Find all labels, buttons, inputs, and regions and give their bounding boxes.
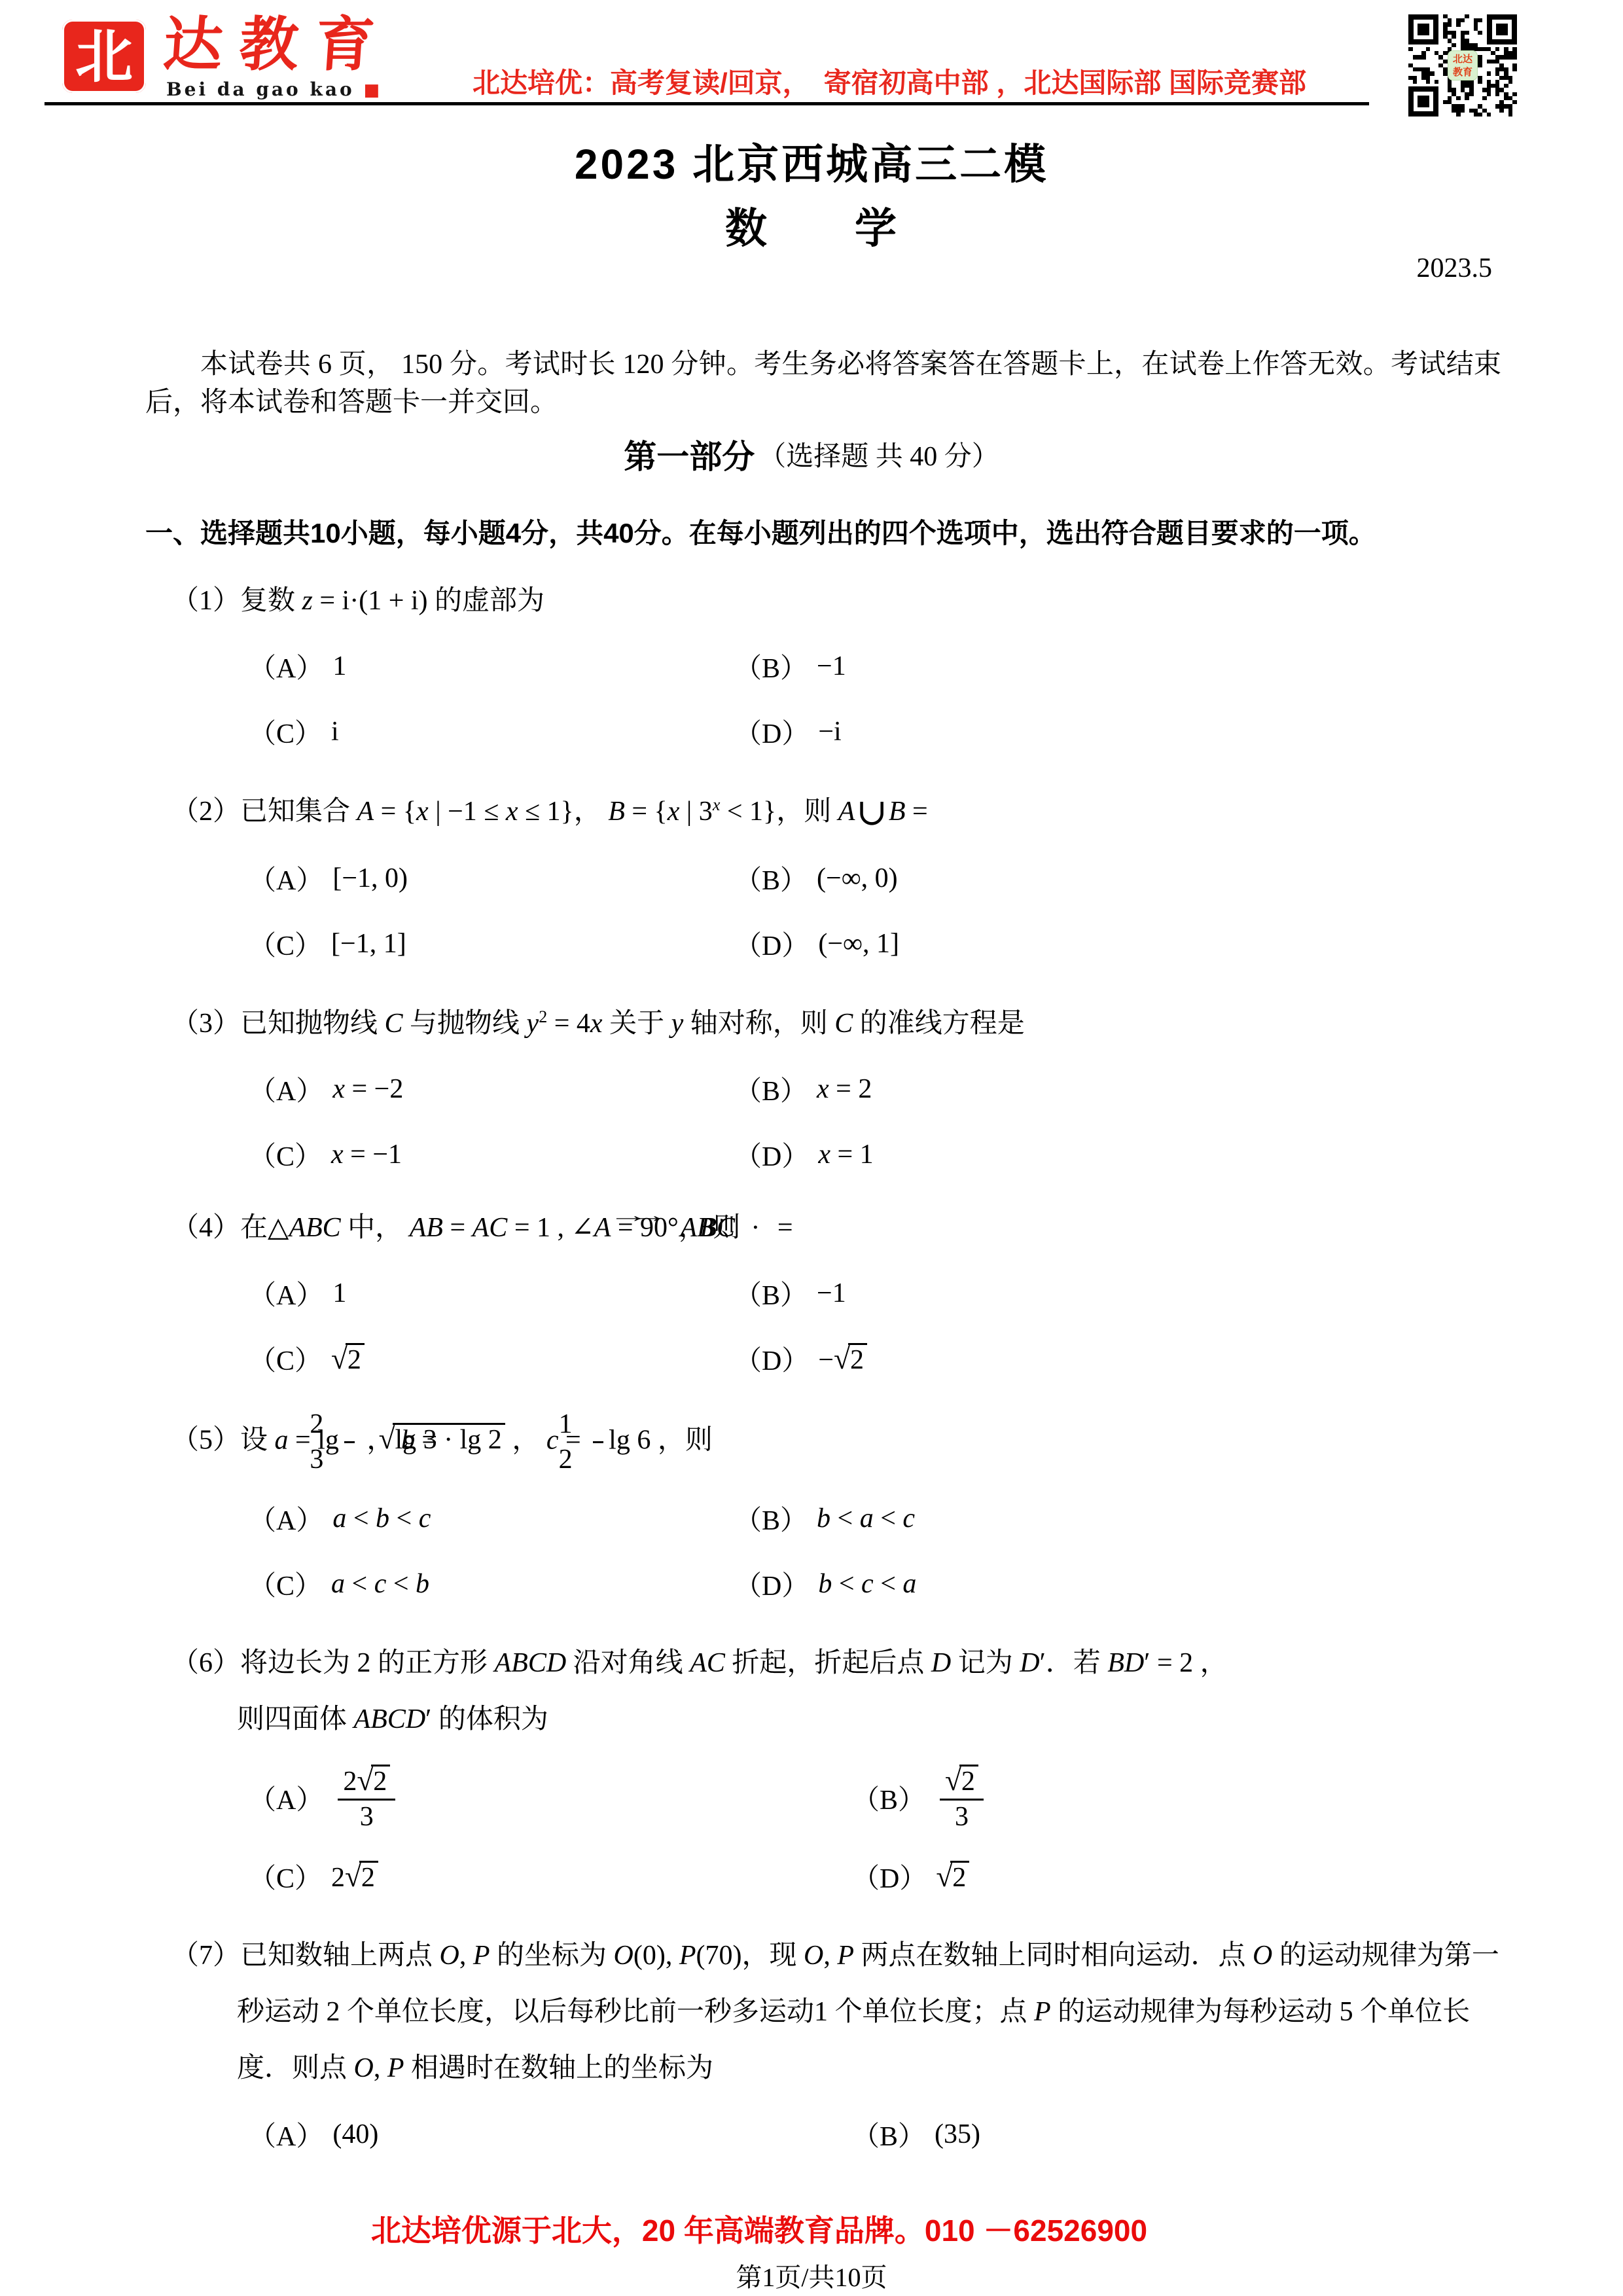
logo-pinyin: Bei da gao kao [166, 79, 355, 100]
option: （B）−1 [734, 1272, 1513, 1314]
option-label: （D） [852, 1857, 927, 1896]
exam-title: 2023 北京西城高三二模 [0, 131, 1623, 191]
questions: （1）复数 z = i·(1 + i) 的虚部为（A）1（B）−1（C）i（D）… [171, 579, 1513, 2185]
option-value: 1 [332, 651, 346, 682]
part-one-subtitle: （选择题 共 40 分） [758, 442, 999, 472]
option: （B）x = 2 [734, 1068, 1513, 1110]
option: （D）2 [852, 1856, 1513, 1897]
option-label: （C） [249, 1339, 322, 1378]
option: （C）a < c < b [249, 1563, 734, 1605]
option: （C）[−1, 1] [249, 923, 734, 965]
question-7: （7）已知数轴上两点 O, P 的坐标为 O(0), P(70)，现 O, P … [171, 1928, 1513, 2155]
option: （A）x = −2 [249, 1068, 734, 1110]
option-value: x = −1 [331, 1139, 402, 1170]
option-value: x = 1 [818, 1139, 873, 1170]
option: （D）x = 1 [734, 1134, 1513, 1175]
option-label: （B） [852, 2115, 925, 2154]
option-value: 23 [935, 1765, 989, 1833]
option-label: （D） [734, 712, 809, 751]
option: （A）a < b < c [249, 1498, 734, 1539]
option: （B）(35) [852, 2113, 1513, 2155]
header-divider [45, 102, 1369, 105]
option: （A）(40) [249, 2113, 852, 2155]
qr-finder-icon [1487, 14, 1517, 45]
option-label: （D） [734, 924, 809, 963]
option: （C）x = −1 [249, 1134, 734, 1175]
option-value: x = −2 [332, 1073, 403, 1105]
question-options: （A）1（B）−1（C）i（D）−i [171, 645, 1513, 753]
question-options: （A）x = −2（B）x = 2（C）x = −1（D）x = 1 [171, 1068, 1513, 1175]
logo-script-text: 达教育 [162, 12, 394, 77]
question-4: （4）在△ABC 中， AB = AC = 1 , ∠A = 90°， 则AB·… [171, 1206, 1513, 1380]
option: （C）i [249, 711, 734, 753]
option-label: （D） [734, 1339, 809, 1378]
exam-instructions: 本试卷共 6 页， 150 分。考试时长 120 分钟。考生务必将答案答在答题卡… [145, 346, 1501, 422]
option: （B）23 [852, 1765, 1513, 1833]
option-value: −i [818, 716, 841, 747]
qr-finder-icon [1408, 14, 1438, 45]
question-2: （2）已知集合 A = {x | −1 ≤ x ≤ 1}， B = {x | 3… [171, 783, 1513, 965]
question-stem: （4）在△ABC 中， AB = AC = 1 , ∠A = 90°， 则AB·… [171, 1206, 1513, 1250]
option-label: （A） [249, 647, 323, 686]
multiple-choice-instruction: 一、选择题共10小题，每小题4分，共40分。在每小题列出的四个选项中，选出符合题… [145, 512, 1513, 551]
option-label: （C） [249, 1857, 322, 1896]
qr-finder-icon [1408, 86, 1438, 117]
question-stem: （6）将边长为 2 的正方形 ABCD 沿对角线 AC 折起，折起后点 D 记为… [171, 1635, 1513, 1748]
option: （D）(−∞, 1] [734, 923, 1513, 965]
option-label: （B） [734, 1499, 808, 1538]
option-value: 223 [332, 1765, 401, 1833]
option-value: 1 [332, 1278, 346, 1309]
qr-label-line1: 北达 [1448, 53, 1477, 66]
question-stem: （3）已知抛物线 C 与抛物线 y2 = 4x 关于 y 轴对称，则 C 的准线… [171, 995, 1513, 1046]
option-value: a < b < c [332, 1503, 431, 1534]
header-slogan: 北达培优：高考复读/回京， 寄宿初高中部 ，北达国际部 国际竞赛部 [473, 62, 1306, 101]
option-value: (35) [935, 2119, 980, 2150]
option-label: （A） [249, 1778, 323, 1818]
part-one-title: 第一部分 [624, 439, 755, 475]
logo-seal-character: 北 [62, 20, 146, 93]
option-value: i [331, 716, 339, 747]
logo-subtext: Bei da gao kao ■ [166, 79, 382, 100]
option: （C）22 [249, 1856, 852, 1897]
exam-date: 2023.5 [1417, 253, 1493, 284]
option-label: （B） [734, 1274, 808, 1313]
question-stem: （1）复数 z = i·(1 + i) 的虚部为 [171, 579, 1513, 623]
question-6: （6）将边长为 2 的正方形 ABCD 沿对角线 AC 折起，折起后点 D 记为… [171, 1635, 1513, 1898]
question-options: （A）[−1, 0)（B）(−∞, 0)（C）[−1, 1]（D）(−∞, 1] [171, 857, 1513, 965]
option-label: （B） [734, 1069, 808, 1109]
qr-center-label: 北达 教育 [1448, 50, 1478, 81]
option-value: 2 [936, 1859, 969, 1893]
option-value: 22 [331, 1859, 378, 1893]
option-value: x = 2 [817, 1073, 872, 1105]
option-label: （A） [249, 859, 323, 898]
option: （B）−1 [734, 645, 1513, 687]
option-value: (−∞, 0) [817, 863, 898, 894]
option: （B）b < a < c [734, 1498, 1513, 1539]
subject-title: 数 学 [0, 195, 1623, 255]
question-1: （1）复数 z = i·(1 + i) 的虚部为（A）1（B）−1（C）i（D）… [171, 579, 1513, 753]
qr-code: 北达 教育 [1408, 14, 1517, 117]
option-value: b < c < a [818, 1568, 916, 1600]
option-value: (40) [332, 2119, 378, 2150]
option-value: b < a < c [817, 1503, 915, 1534]
option-value: [−1, 1] [331, 928, 406, 960]
option-label: （B） [852, 1778, 925, 1818]
option-label: （D） [734, 1135, 809, 1174]
question-options: （A）1（B）−1（C）2（D）−2 [171, 1272, 1513, 1380]
option-value: 2 [331, 1342, 365, 1376]
option-label: （C） [249, 712, 322, 751]
option: （D）−2 [734, 1338, 1513, 1380]
page-number: 第1页/共10页 [0, 2257, 1623, 2294]
option-label: （B） [734, 859, 808, 898]
option-label: （C） [249, 1564, 322, 1604]
option: （A）1 [249, 645, 734, 687]
question-stem: （2）已知集合 A = {x | −1 ≤ x ≤ 1}， B = {x | 3… [171, 783, 1513, 835]
option-value: −1 [817, 651, 846, 682]
question-3: （3）已知抛物线 C 与抛物线 y2 = 4x 关于 y 轴对称，则 C 的准线… [171, 995, 1513, 1175]
option: （D）−i [734, 711, 1513, 753]
part-one-heading: 第一部分（选择题 共 40 分） [0, 431, 1623, 478]
option-label: （A） [249, 2115, 323, 2154]
option: （A）[−1, 0) [249, 857, 734, 899]
option: （A）1 [249, 1272, 734, 1314]
option: （A）223 [249, 1765, 852, 1833]
footer-promo: 北达培优源于北大，20 年高端教育品牌。010 －62526900 [0, 2207, 1623, 2250]
option-label: （D） [734, 1564, 809, 1604]
option-label: （A） [249, 1069, 323, 1109]
question-stem: （5）设 a = lg23 ， b = lg 3 · lg 2 ， c = 12… [171, 1410, 1513, 1475]
option-value: −1 [817, 1278, 846, 1309]
question-5: （5）设 a = lg23 ， b = lg 3 · lg 2 ， c = 12… [171, 1410, 1513, 1605]
option-label: （C） [249, 1135, 322, 1174]
option-value: −2 [818, 1342, 867, 1376]
option-label: （A） [249, 1499, 323, 1538]
question-stem: （7）已知数轴上两点 O, P 的坐标为 O(0), P(70)，现 O, P … [171, 1928, 1513, 2096]
option: （B）(−∞, 0) [734, 857, 1513, 899]
logo-seal: 北 [62, 20, 146, 93]
option-label: （B） [734, 647, 808, 686]
option: （C）2 [249, 1338, 734, 1380]
option-value: a < c < b [331, 1568, 429, 1600]
question-options: （A）a < b < c（B）b < a < c（C）a < c < b（D）b… [171, 1498, 1513, 1605]
qr-label-line2: 教育 [1448, 66, 1477, 79]
option-value: [−1, 0) [332, 863, 408, 894]
option-label: （A） [249, 1274, 323, 1313]
exam-page: 北 达教育 Bei da gao kao ■ 北达培优：高考复读/回京， 寄宿初… [0, 0, 1623, 2296]
question-options: （A）223（B）23（C）22（D）2 [171, 1765, 1513, 1898]
option: （D）b < c < a [734, 1563, 1513, 1605]
option-value: (−∞, 1] [818, 928, 899, 960]
logo-bullet-icon: ■ [363, 81, 382, 100]
question-options: （A）(40)（B）(35) [171, 2113, 1513, 2155]
option-label: （C） [249, 924, 322, 963]
